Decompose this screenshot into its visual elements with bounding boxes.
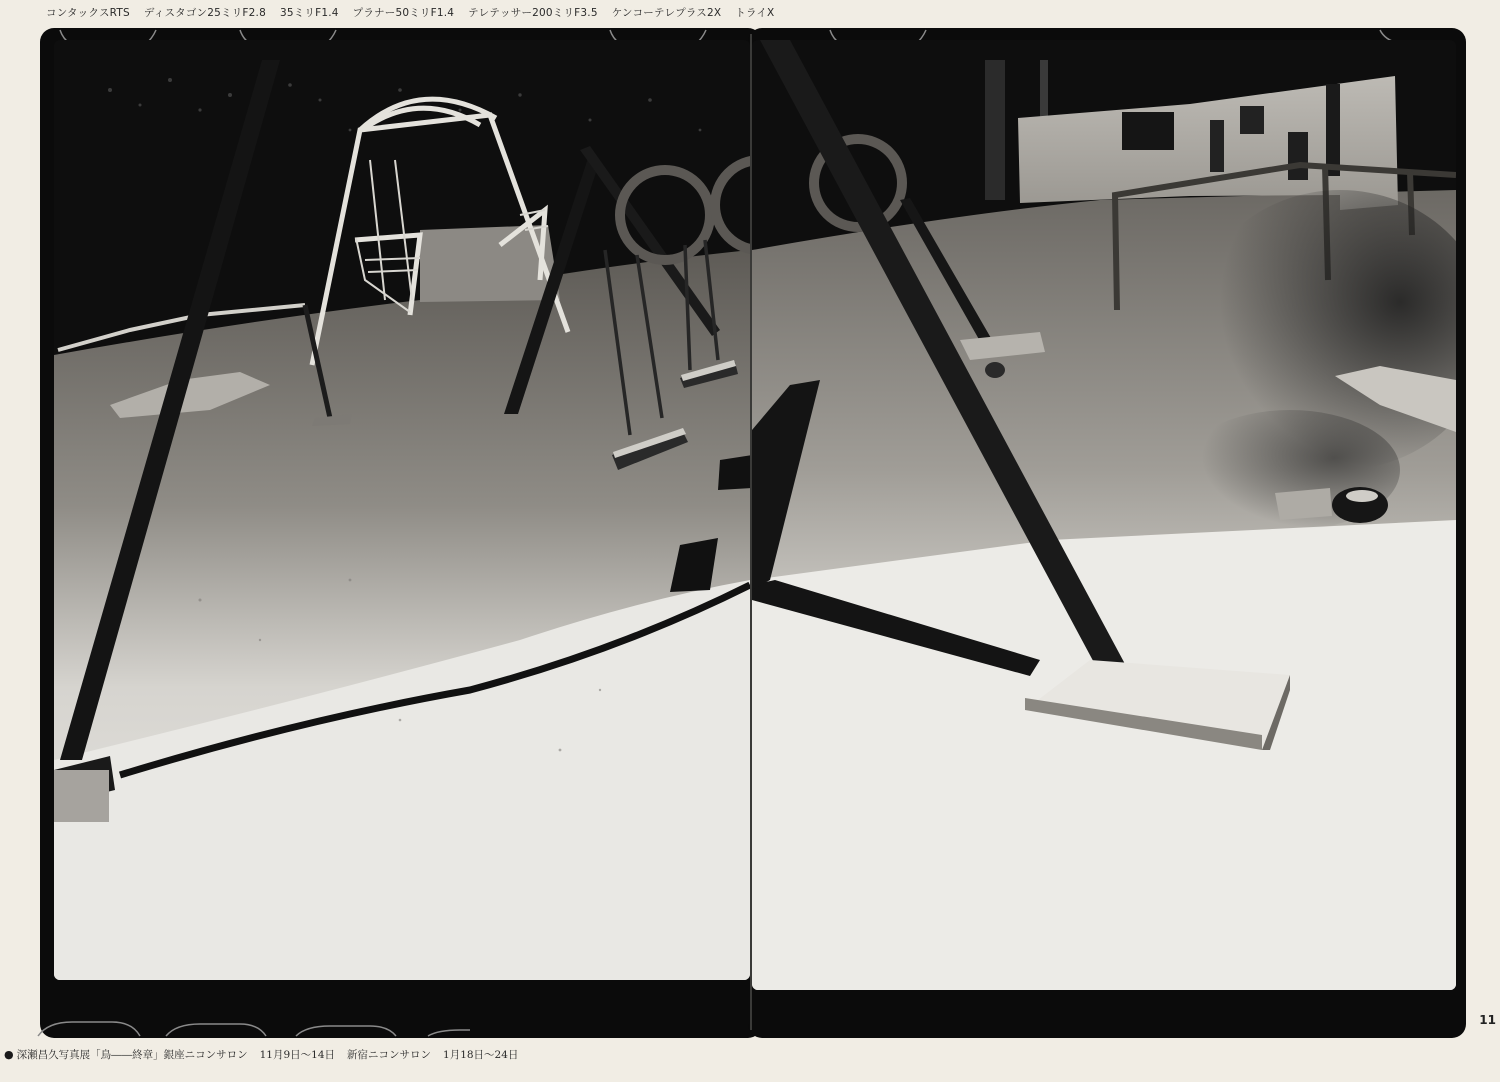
page-number: 11 xyxy=(1479,1013,1496,1027)
shinjuku-dates: 1月18日〜24日 xyxy=(443,1047,518,1062)
exhibition-title: 深瀬昌久写真展「鳥――終章」銀座ニコンサロン xyxy=(17,1047,248,1062)
left-frame-image xyxy=(54,40,805,980)
magazine-spread: コンタックスRTS ディスタゴン25ミリF2.8 35ミリF1.4 プラナー50… xyxy=(0,0,1500,1082)
playground-photograph xyxy=(0,0,1500,1040)
exhibition-notice: ● 深瀬昌久写真展「鳥――終章」銀座ニコンサロン 11月9日〜14日 新宿ニコン… xyxy=(4,1044,530,1064)
right-frame-image xyxy=(752,40,1490,990)
shinjuku-venue: 新宿ニコンサロン xyxy=(347,1047,431,1062)
bullet-icon: ● xyxy=(4,1048,14,1061)
ginza-dates: 11月9日〜14日 xyxy=(260,1047,335,1062)
